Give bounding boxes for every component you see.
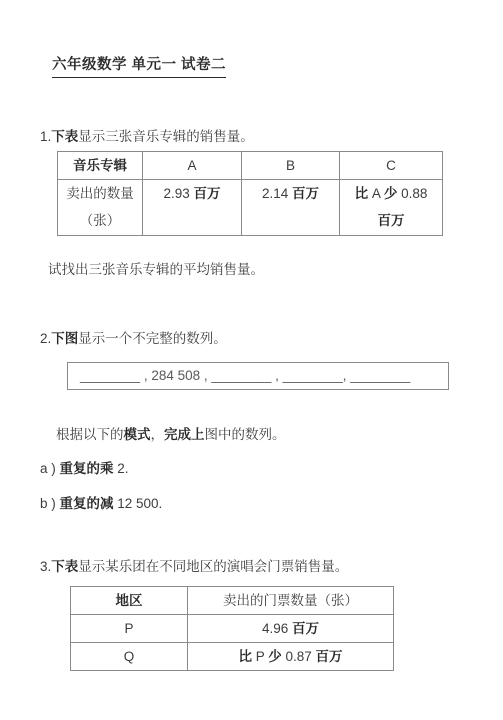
album-c-unit: 百万 bbox=[378, 213, 405, 228]
row-label-line-1: 卖出的数量 bbox=[58, 180, 142, 207]
album-c-seg-bi: 比 bbox=[355, 186, 369, 201]
region-q-seg-shao: 少 bbox=[268, 649, 282, 664]
ticket-table-header-quantity: 卖出的门票数量（张） bbox=[188, 587, 394, 615]
region-q-unit: 百万 bbox=[316, 649, 343, 664]
item-b-label: b ) bbox=[40, 496, 60, 511]
question-3-lead-bold: 下表 bbox=[51, 559, 78, 574]
region-q-cell: Q bbox=[71, 643, 188, 671]
question-1-lead: 1.下表显示三张音乐专辑的销售量。 bbox=[40, 128, 254, 145]
region-q-seg-p: P bbox=[252, 649, 268, 664]
item-a-bold: 重复的乘 bbox=[60, 461, 114, 476]
region-q-value-cell: 比 P 少 0.87 百万 bbox=[188, 643, 394, 671]
album-table-header-a: A bbox=[143, 152, 242, 180]
album-table-row-label: 卖出的数量 （张） bbox=[58, 180, 143, 236]
instruction-seg-3: ， bbox=[151, 427, 165, 442]
item-a-rest: 2. bbox=[114, 461, 129, 476]
ticket-table-header-region: 地区 bbox=[71, 587, 188, 615]
region-q-seg-bi: 比 bbox=[238, 649, 252, 664]
album-a-unit: 百万 bbox=[194, 186, 221, 201]
instruction-seg-5: 图中的数列。 bbox=[205, 427, 286, 442]
region-p-cell: P bbox=[71, 615, 188, 643]
page-title: 六年级数学 单元一 试卷二 bbox=[52, 53, 226, 78]
item-b-rest: 12 500. bbox=[114, 496, 163, 511]
number-sequence-box: ________ , 284 508 , ________ , ________… bbox=[67, 362, 449, 390]
album-table-data-row: 卖出的数量 （张） 2.93 百万 2.14 百万 比 A 少 0.88 百万 bbox=[58, 180, 443, 236]
question-3-lead-rest: 显示某乐团在不同地区的演唱会门票销售量。 bbox=[78, 559, 348, 574]
album-c-sales-cell: 比 A 少 0.88 百万 bbox=[340, 180, 443, 236]
album-c-seg-a: A bbox=[368, 186, 384, 201]
item-b-bold: 重复的减 bbox=[60, 496, 114, 511]
question-1-followup: 试找出三张音乐专辑的平均销售量。 bbox=[48, 261, 264, 278]
question-1-number: 1. bbox=[40, 129, 51, 144]
region-p-value-cell: 4.96 百万 bbox=[188, 615, 394, 643]
question-2-lead: 2.下图显示一个不完整的数列。 bbox=[40, 330, 227, 347]
album-table-header-label: 音乐专辑 bbox=[58, 152, 143, 180]
album-table-header-c: C bbox=[340, 152, 443, 180]
ticket-table-row-p: P 4.96 百万 bbox=[71, 615, 394, 643]
row-label-line-2: （张） bbox=[58, 207, 142, 234]
question-2-item-b: b ) 重复的减 12 500. bbox=[40, 495, 162, 512]
album-c-line-1: 比 A 少 0.88 bbox=[340, 180, 442, 207]
ticket-sales-table: 地区 卖出的门票数量（张） P 4.96 百万 Q 比 P 少 0.87 百万 bbox=[70, 586, 394, 671]
album-c-seg-val: 0.88 bbox=[397, 186, 427, 201]
instruction-seg-4: 完成上 bbox=[164, 427, 205, 442]
question-1-lead-bold: 下表 bbox=[51, 129, 78, 144]
ticket-table-header-row: 地区 卖出的门票数量（张） bbox=[71, 587, 394, 615]
instruction-seg-1: 根据以下的 bbox=[56, 427, 124, 442]
region-q-seg-val: 0.87 bbox=[282, 649, 316, 664]
album-a-value: 2.93 bbox=[163, 186, 193, 201]
question-2-item-a: a ) 重复的乘 2. bbox=[40, 460, 129, 477]
worksheet-page: 六年级数学 单元一 试卷二 1.下表显示三张音乐专辑的销售量。 音乐专辑 A B… bbox=[0, 0, 503, 720]
question-2-instruction: 根据以下的模式，完成上图中的数列。 bbox=[56, 426, 286, 443]
album-table-header-row: 音乐专辑 A B C bbox=[58, 152, 443, 180]
region-p-value: 4.96 bbox=[262, 621, 292, 636]
album-a-sales-cell: 2.93 百万 bbox=[143, 180, 242, 236]
album-b-sales-cell: 2.14 百万 bbox=[242, 180, 340, 236]
album-table-header-b: B bbox=[242, 152, 340, 180]
album-b-value: 2.14 bbox=[262, 186, 292, 201]
album-b-unit: 百万 bbox=[292, 186, 319, 201]
item-a-label: a ) bbox=[40, 461, 60, 476]
question-2-lead-bold: 下图 bbox=[51, 331, 78, 346]
question-3-number: 3. bbox=[40, 559, 51, 574]
question-2-number: 2. bbox=[40, 331, 51, 346]
ticket-table-row-q: Q 比 P 少 0.87 百万 bbox=[71, 643, 394, 671]
question-2-lead-rest: 显示一个不完整的数列。 bbox=[78, 331, 227, 346]
region-p-unit: 百万 bbox=[292, 621, 319, 636]
instruction-seg-2: 模式 bbox=[124, 427, 151, 442]
question-1-lead-rest: 显示三张音乐专辑的销售量。 bbox=[78, 129, 254, 144]
album-c-seg-shao: 少 bbox=[384, 186, 398, 201]
number-sequence-line: ________ , 284 508 , ________ , ________… bbox=[80, 368, 410, 383]
album-sales-table: 音乐专辑 A B C 卖出的数量 （张） 2.93 百万 2.14 百万 比 A… bbox=[57, 151, 443, 236]
question-3-lead: 3.下表显示某乐团在不同地区的演唱会门票销售量。 bbox=[40, 558, 348, 575]
album-c-line-2: 百万 bbox=[340, 207, 442, 234]
